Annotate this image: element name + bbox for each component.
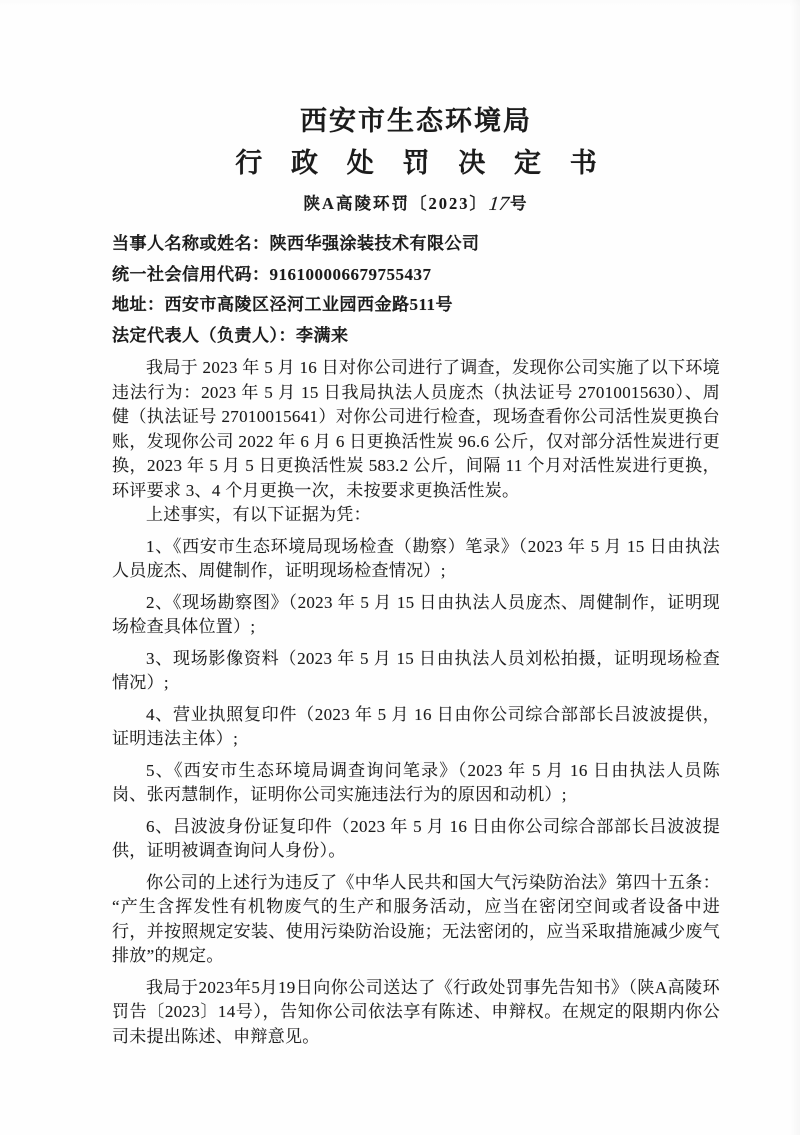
paragraph-evidence-5: 5、《西安市生态环境局调查询问笔录》（2023 年 5 月 16 日由执法人员陈… [112, 759, 720, 808]
paragraph-investigation-findings: 我局于 2023 年 5 月 16 日对你公司进行了调查，发现你公司实施了以下环… [112, 356, 720, 503]
paragraph-evidence-3: 3、现场影像资料（2023 年 5 月 15 日由执法人员刘松拍摄，证明现场检查… [112, 647, 720, 696]
party-info-block: 当事人名称或姓名：陕西华强涂装技术有限公司 统一社会信用代码：916100006… [112, 229, 720, 351]
paragraph-prior-notification: 我局于2023年5月19日向你公司送达了《行政处罚事先告知书》（陕A高陵环罚告〔… [112, 976, 720, 1050]
document-issuer-title: 西安市生态环境局 [112, 0, 720, 138]
party-legal-representative-line: 法定代表人（负责人）：李满来 [112, 321, 720, 352]
document-number: 陕A高陵环罚〔2023〕17号 [112, 181, 720, 216]
paragraph-evidence-2: 2、《现场勘察图》（2023 年 5 月 15 日由执法人员庞杰、周健制作，证明… [112, 591, 720, 640]
document-type-title: 行 政 处 罚 决 定 书 [112, 138, 720, 181]
paragraph-evidence-intro: 上述事实，有以下证据为凭： [112, 503, 720, 528]
paragraph-evidence-6: 6、吕波波身份证复印件（2023 年 5 月 16 日由你公司综合部部长吕波波提… [112, 815, 720, 864]
paragraph-law-violation: 你公司的上述行为违反了《中华人民共和国大气污染防治法》第四十五条：“产生含挥发性… [112, 871, 720, 969]
document-number-prefix: 陕A高陵环罚〔2023〕 [304, 194, 488, 213]
scanned-document-page: 西安市生态环境局 行 政 处 罚 决 定 书 陕A高陵环罚〔2023〕17号 当… [0, 0, 800, 1135]
document-body: 我局于 2023 年 5 月 16 日对你公司进行了调查，发现你公司实施了以下环… [112, 356, 720, 1049]
paragraph-evidence-1: 1、《西安市生态环境局现场检查（勘察）笔录》（2023 年 5 月 15 日由执… [112, 535, 720, 584]
paragraph-evidence-4: 4、营业执照复印件（2023 年 5 月 16 日由你公司综合部部长吕波波提供，… [112, 703, 720, 752]
document-number-suffix: 号 [510, 194, 529, 213]
party-address-line: 地址：西安市高陵区泾河工业园西金路511号 [112, 290, 720, 321]
document-number-handwritten: 17 [487, 192, 512, 216]
party-name-line: 当事人名称或姓名：陕西华强涂装技术有限公司 [112, 229, 720, 260]
document-content: 西安市生态环境局 行 政 处 罚 决 定 书 陕A高陵环罚〔2023〕17号 当… [0, 0, 800, 1049]
party-credit-code-line: 统一社会信用代码：916100006679755437 [112, 260, 720, 291]
